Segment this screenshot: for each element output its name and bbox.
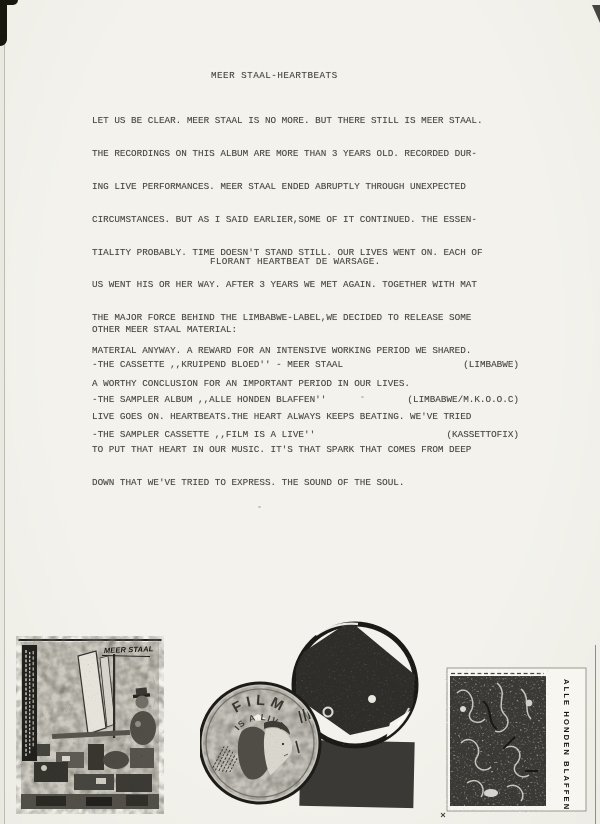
- film-canister-image: FILM IS A LIVE: [200, 613, 425, 813]
- item-title: -THE SAMPLER ALBUM ,,ALLE HONDEN BLAFFEN…: [92, 393, 326, 406]
- item-label: (LIMBABWE): [463, 358, 519, 371]
- body-line: ING LIVE PERFORMANCES. MEER STAAL ENDED …: [92, 182, 483, 193]
- scan-right-edge-line: [595, 645, 596, 824]
- item-title: -THE SAMPLER CASSETTE ,,FILM IS A LIVE'': [92, 428, 315, 441]
- body-line: US WENT HIS OR HER WAY. AFTER 3 YEARS WE…: [92, 280, 483, 291]
- film-can-lid: FILM IS A LIVE: [200, 683, 320, 803]
- album-spine-text: ALLE HONDEN BLAFFEN: [562, 679, 571, 811]
- body-line: DOWN THAT WE'VE TRIED TO EXPRESS. THE SO…: [92, 478, 483, 489]
- item-label: (KASSETTOFIX): [446, 428, 519, 441]
- scan-left-edge-line: [4, 30, 5, 824]
- body-line: LET US BE CLEAR. MEER STAAL IS NO MORE. …: [92, 116, 483, 127]
- scan-corner-topleft-strip: [0, 0, 18, 5]
- album-cover-image: ALLE HONDEN BLAFFEN: [437, 653, 590, 818]
- signature-line: FLORANT HEARTBEAT DE WARSAGE.: [210, 256, 381, 267]
- list-item: -THE SAMPLER ALBUM ,,ALLE HONDEN BLAFFEN…: [92, 393, 519, 406]
- scanned-page: MEER STAAL-HEARTBEATS LET US BE CLEAR. M…: [0, 0, 600, 824]
- scan-corner-topleft: [0, 0, 7, 46]
- item-title: -THE CASSETTE ,,KRUIPEND BLOED'' - MEER …: [92, 358, 343, 371]
- list-item: -THE CASSETTE ,,KRUIPEND BLOED'' - MEER …: [92, 358, 519, 371]
- item-label: (LIMBABWE/M.K.O.O.C): [407, 393, 519, 406]
- other-material-list: OTHER MEER STAAL MATERIAL: -THE CASSETTE…: [92, 301, 519, 463]
- cassette-cover-image: MEER STAAL: [16, 636, 164, 814]
- tiny-mark: [441, 813, 445, 817]
- cassette-title-text: MEER STAAL: [104, 644, 154, 655]
- other-material-heading: OTHER MEER STAAL MATERIAL:: [92, 323, 519, 336]
- list-item: -THE SAMPLER CASSETTE ,,FILM IS A LIVE''…: [92, 428, 519, 441]
- cassette-photo-collage: [21, 642, 159, 809]
- album-collage: [450, 676, 546, 806]
- cassette-spine-strip: [22, 645, 37, 761]
- cassette-top-rule: [19, 639, 162, 641]
- scan-corner-topright: [592, 5, 600, 23]
- body-line: CIRCUMSTANCES. BUT AS I SAID EARLIER,SOM…: [92, 215, 483, 226]
- page-title: MEER STAAL-HEARTBEATS: [211, 70, 338, 81]
- body-line: THE RECORDINGS ON THIS ALBUM ARE MORE TH…: [92, 149, 483, 160]
